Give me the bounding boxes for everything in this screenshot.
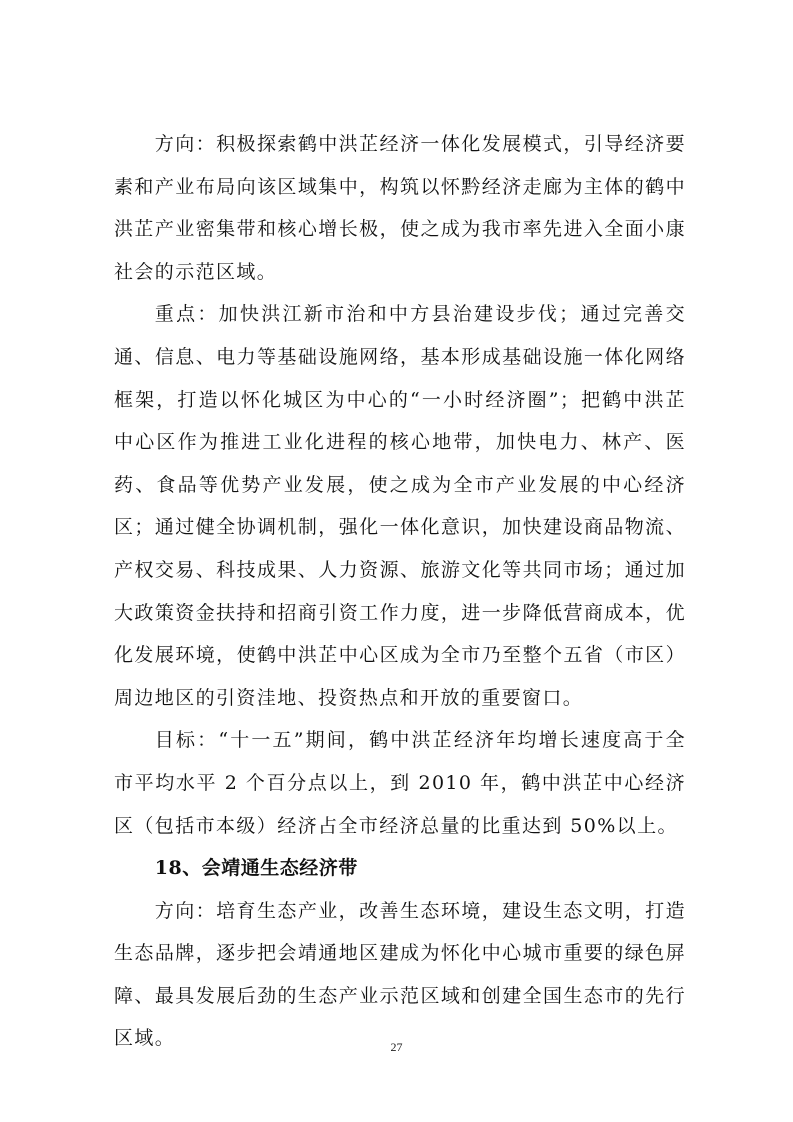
document-page: 方向：积极探索鹤中洪芷经济一体化发展模式，引导经济要素和产业布局向该区域集中，构… bbox=[114, 123, 686, 1060]
paragraph-direction-huijingtong: 方向：培育生态产业，改善生态环境，建设生态文明，打造生态品牌，逐步把会靖通地区建… bbox=[114, 890, 686, 1060]
paragraph-goal-hezhong: 目标：“十一五”期间，鹤中洪芷经济年均增长速度高于全市平均水平 2 个百分点以上… bbox=[114, 719, 686, 847]
section-heading-18: 18、会靖通生态经济带 bbox=[114, 847, 686, 890]
paragraph-direction-hezhong: 方向：积极探索鹤中洪芷经济一体化发展模式，引导经济要素和产业布局向该区域集中，构… bbox=[114, 123, 686, 293]
page-number: 27 bbox=[0, 1040, 793, 1055]
paragraph-focus-hezhong: 重点：加快洪江新市治和中方县治建设步伐；通过完善交通、信息、电力等基础设施网络，… bbox=[114, 293, 686, 719]
